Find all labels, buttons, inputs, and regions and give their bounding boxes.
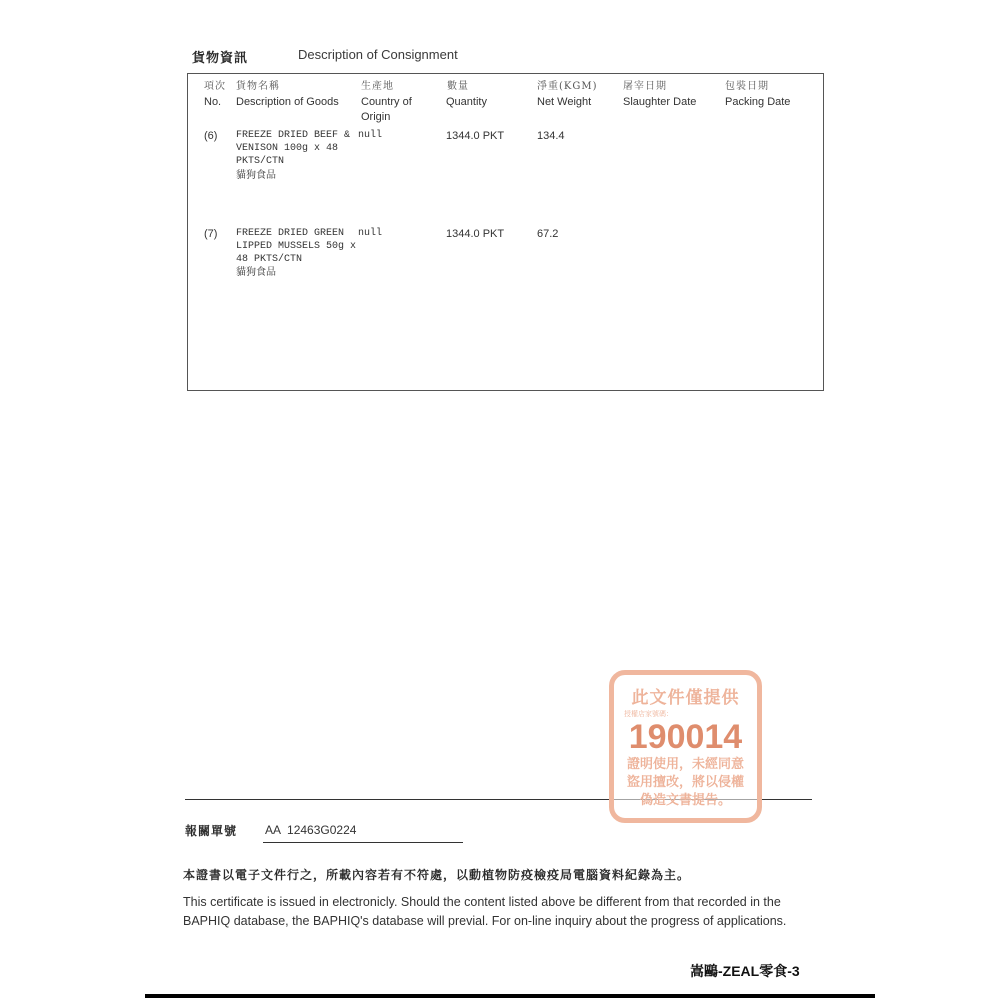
column-header-quantity: Quantity [446,95,487,110]
bottom-rule [145,994,875,998]
row-7-no: (7) [204,228,217,241]
stamp-line-4: 盜用擅改，將以侵權 [614,773,757,791]
column-header-origin-cn: 生產地 [361,77,394,92]
column-header-quantity-cn: 數量 [447,77,469,92]
declaration-underline [263,842,463,843]
column-header-no-cn: 項次 [204,77,226,92]
stamp-line-5: 偽造文書提告。 [614,791,757,809]
notice-chinese: 本證書以電子文件行之，所載內容若有不符處，以動植物防疫檢疫局電腦資料紀錄為主。 [183,866,690,883]
row-6-origin: null [358,129,382,142]
section-title-en: Description of Consignment [298,47,458,62]
column-header-description: Description of Goods [236,95,339,110]
column-header-slaughter-date: Slaughter Date [623,95,696,110]
column-header-packing-date-cn: 包裝日期 [725,77,769,92]
section-title-cn: 貨物資訊 [192,47,248,66]
column-header-net-weight-cn: 淨重(KGM) [537,77,598,92]
column-header-packing-date: Packing Date [725,95,790,110]
column-header-slaughter-date-cn: 屠宰日期 [623,77,667,92]
row-7-origin: null [358,227,382,240]
notice-english: This certificate is issued in electronic… [183,893,823,931]
row-7-description-cn: 貓狗食品 [236,266,276,279]
row-7-quantity: 1344.0 PKT [446,228,504,241]
declaration-number-label: 報關單號 [185,822,237,839]
row-6-net-weight: 134.4 [537,130,565,143]
stamp-line-3: 證明使用，未經同意 [614,755,757,773]
row-7-description: FREEZE DRIED GREEN LIPPED MUSSELS 50g x … [236,227,356,266]
column-header-net-weight: Net Weight [537,95,591,110]
row-7-net-weight: 67.2 [537,228,558,241]
footer-page-label: 嵩鷗-ZEAL零食-3 [690,961,800,981]
stamp-line-1: 此文件僅提供 [614,683,757,708]
stamp-store-number: 190014 [614,719,757,755]
declaration-number-value: AA 12463G0224 [265,823,356,837]
column-header-description-cn: 貨物名稱 [236,77,280,92]
row-6-description: FREEZE DRIED BEEF & VENISON 100g x 48 PK… [236,129,350,168]
column-header-no: No. [204,95,221,110]
column-header-origin: Country of Origin [361,95,412,125]
row-6-description-cn: 貓狗食品 [236,169,276,182]
authorization-stamp: 此文件僅提供 授權店家號碼： 190014 證明使用，未經同意 盜用擅改，將以侵… [609,670,762,823]
row-6-no: (6) [204,130,217,143]
row-6-quantity: 1344.0 PKT [446,130,504,143]
